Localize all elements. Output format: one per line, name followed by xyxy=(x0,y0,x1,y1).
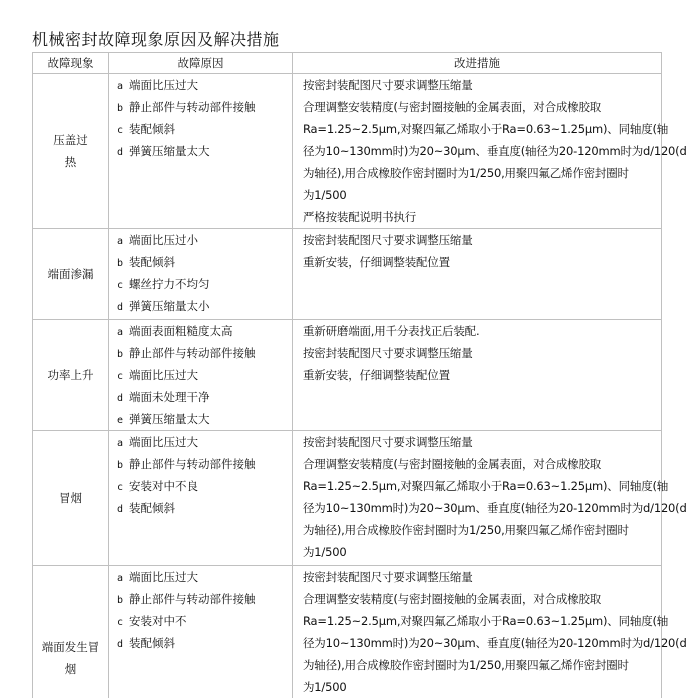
measure-line: 径为10~130mm时)为20~30μm、垂直度(轴径为20-120mm时为d/… xyxy=(293,632,661,654)
cause-item: c螺丝拧力不均匀 xyxy=(109,273,292,295)
symptom-cell: 压盖过 热 xyxy=(33,74,109,229)
measure-cell: 按密封装配图尺寸要求调整压缩量 合理调整安装精度(与密封圈接触的金属表面，对合成… xyxy=(293,74,662,229)
measure-line: 重新安装，仔细调整装配位置 xyxy=(293,251,661,273)
cause-item: b静止部件与转动部件接触 xyxy=(109,342,292,364)
table-row: 冒烟 a端面比压过大 b静止部件与转动部件接触 c安装对中不良 d装配倾斜 按密… xyxy=(33,431,662,566)
measure-cell: 按密封装配图尺寸要求调整压缩量 重新安装，仔细调整装配位置 xyxy=(293,229,662,320)
measure-line: 按密封装配图尺寸要求调整压缩量 xyxy=(293,74,661,96)
header-symptom: 故障现象 xyxy=(33,53,109,74)
cause-item: d端面未处理干净 xyxy=(109,386,292,408)
measure-line: 合理调整安装精度(与密封圈接触的金属表面，对合成橡胶取 xyxy=(293,453,661,475)
measure-line: 径为10~130mm时)为20~30μm、垂直度(轴径为20-120mm时为d/… xyxy=(293,497,661,519)
measure-line: 重新安装，仔细调整装配位置 xyxy=(293,364,661,386)
measure-line: 严格按装配说明书执行 xyxy=(293,206,661,228)
cause-cell: a端面比压过大 b静止部件与转动部件接触 c装配倾斜 d弹簧压缩量太大 xyxy=(109,74,293,229)
cause-item: d装配倾斜 xyxy=(109,632,292,654)
measure-cell: 按密封装配图尺寸要求调整压缩量 合理调整安装精度(与密封圈接触的金属表面，对合成… xyxy=(293,431,662,566)
measure-line: 按密封装配图尺寸要求调整压缩量 xyxy=(293,342,661,364)
measure-line: 按密封装配图尺寸要求调整压缩量 xyxy=(293,431,661,453)
document-title: 机械密封故障现象原因及解决措施 xyxy=(32,30,280,50)
fault-table: 故障现象 故障原因 改进措施 压盖过 热 a端面比压过大 b静止部件与转动部件接… xyxy=(32,52,662,698)
measure-cell: 重新研磨端面,用千分表找正后装配. 按密封装配图尺寸要求调整压缩量 重新安装，仔… xyxy=(293,320,662,431)
measure-line: 按密封装配图尺寸要求调整压缩量 xyxy=(293,229,661,251)
symptom-cell: 功率上升 xyxy=(33,320,109,431)
measure-line: Ra=1.25~2.5μm,对聚四氟乙烯取小于Ra=0.63~1.25μm)、同… xyxy=(293,610,661,632)
table-row: 端面发生冒 烟 a端面比压过大 b静止部件与转动部件接触 c安装对中不 d装配倾… xyxy=(33,566,662,698)
measure-line: 为轴径),用合成橡胶作密封圈时为1/250,用聚四氟乙烯作密封圈时 xyxy=(293,519,661,541)
cause-item: d弹簧压缩量太小 xyxy=(109,295,292,317)
cause-item: a端面表面粗糙度太高 xyxy=(109,320,292,342)
cause-item: c装配倾斜 xyxy=(109,118,292,140)
table-row: 压盖过 热 a端面比压过大 b静止部件与转动部件接触 c装配倾斜 d弹簧压缩量太… xyxy=(33,74,662,229)
measure-line: 为1/500 xyxy=(293,541,661,563)
header-measure: 改进措施 xyxy=(293,53,662,74)
measure-line: 合理调整安装精度(与密封圈接触的金属表面，对合成橡胶取 xyxy=(293,96,661,118)
cause-cell: a端面表面粗糙度太高 b静止部件与转动部件接触 c端面比压过大 d端面未处理干净… xyxy=(109,320,293,431)
cause-item: b装配倾斜 xyxy=(109,251,292,273)
measure-cell: 按密封装配图尺寸要求调整压缩量 合理调整安装精度(与密封圈接触的金属表面，对合成… xyxy=(293,566,662,698)
cause-item: d装配倾斜 xyxy=(109,497,292,519)
cause-cell: a端面比压过大 b静止部件与转动部件接触 c安装对中不 d装配倾斜 xyxy=(109,566,293,698)
cause-item: a端面比压过小 xyxy=(109,229,292,251)
cause-item: c安装对中不 xyxy=(109,610,292,632)
measure-line: Ra=1.25~2.5μm,对聚四氟乙烯取小于Ra=0.63~1.25μm)、同… xyxy=(293,475,661,497)
cause-item: b静止部件与转动部件接触 xyxy=(109,453,292,475)
cause-cell: a端面比压过大 b静止部件与转动部件接触 c安装对中不良 d装配倾斜 xyxy=(109,431,293,566)
cause-item: c安装对中不良 xyxy=(109,475,292,497)
table-row: 功率上升 a端面表面粗糙度太高 b静止部件与转动部件接触 c端面比压过大 d端面… xyxy=(33,320,662,431)
cause-cell: a端面比压过小 b装配倾斜 c螺丝拧力不均匀 d弹簧压缩量太小 xyxy=(109,229,293,320)
measure-line: 为1/500 xyxy=(293,184,661,206)
measure-line: 为轴径),用合成橡胶作密封圈时为1/250,用聚四氟乙烯作密封圈时 xyxy=(293,654,661,676)
cause-item: e弹簧压缩量太大 xyxy=(109,408,292,430)
cause-item: d弹簧压缩量太大 xyxy=(109,140,292,162)
measure-line: 为轴径),用合成橡胶作密封圈时为1/250,用聚四氟乙烯作密封圈时 xyxy=(293,162,661,184)
measure-line: 按密封装配图尺寸要求调整压缩量 xyxy=(293,566,661,588)
measure-line: 径为10~130mm时)为20~30μm、垂直度(轴径为20-120mm时为d/… xyxy=(293,140,661,162)
cause-item: a端面比压过大 xyxy=(109,566,292,588)
cause-item: a端面比压过大 xyxy=(109,74,292,96)
symptom-cell: 端面发生冒 烟 xyxy=(33,566,109,698)
cause-item: b静止部件与转动部件接触 xyxy=(109,96,292,118)
header-cause: 故障原因 xyxy=(109,53,293,74)
measure-line: 重新研磨端面,用千分表找正后装配. xyxy=(293,320,661,342)
cause-item: a端面比压过大 xyxy=(109,431,292,453)
measure-line: Ra=1.25~2.5μm,对聚四氟乙烯取小于Ra=0.63~1.25μm)、同… xyxy=(293,118,661,140)
measure-line: 为1/500 xyxy=(293,676,661,698)
cause-item: b静止部件与转动部件接触 xyxy=(109,588,292,610)
cause-item: c端面比压过大 xyxy=(109,364,292,386)
symptom-cell: 端面渗漏 xyxy=(33,229,109,320)
table-row: 端面渗漏 a端面比压过小 b装配倾斜 c螺丝拧力不均匀 d弹簧压缩量太小 按密封… xyxy=(33,229,662,320)
symptom-cell: 冒烟 xyxy=(33,431,109,566)
measure-line: 合理调整安装精度(与密封圈接触的金属表面，对合成橡胶取 xyxy=(293,588,661,610)
header-row: 故障现象 故障原因 改进措施 xyxy=(33,53,662,74)
